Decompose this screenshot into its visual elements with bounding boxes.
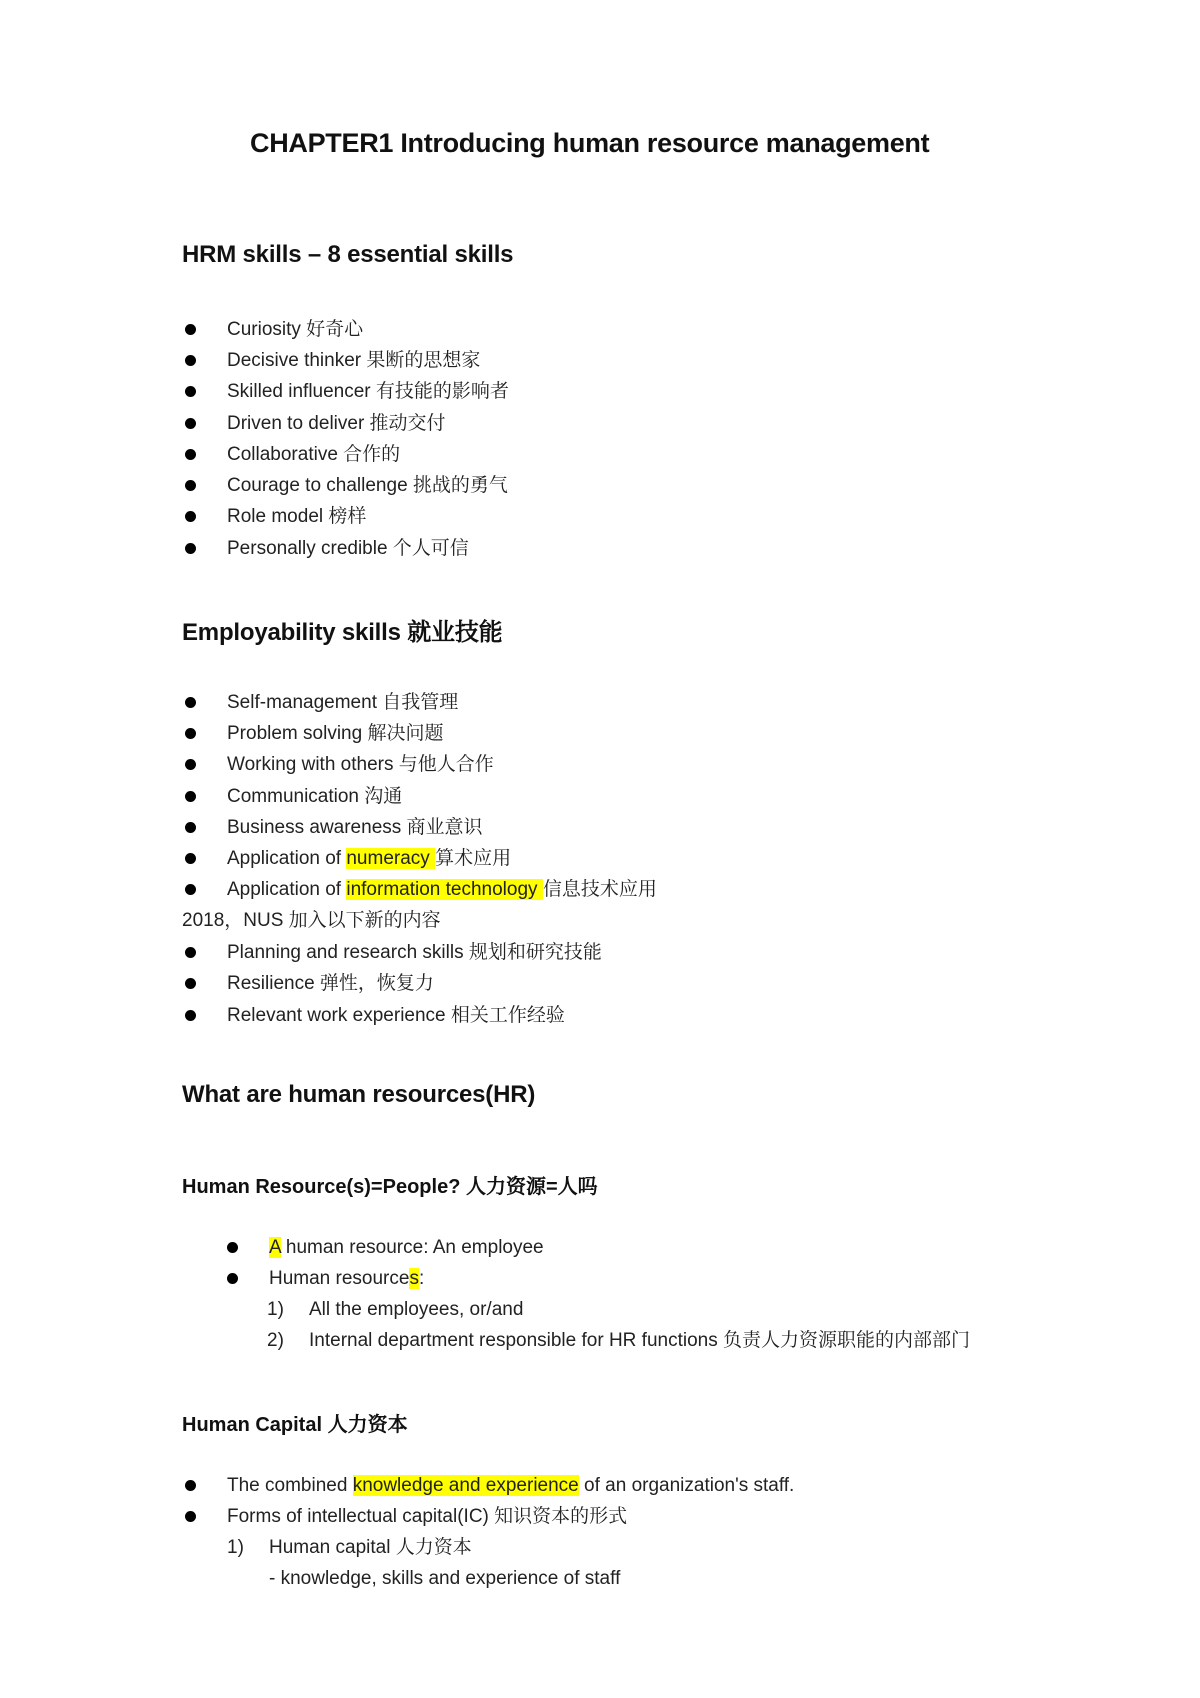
numbered-item-detail: - knowledge, skills and experience of st… bbox=[269, 1565, 620, 1593]
bullet-icon bbox=[227, 1242, 238, 1253]
bullet-icon bbox=[185, 418, 196, 429]
bullet-icon bbox=[185, 386, 196, 397]
subheading-human-resources-people: Human Resource(s)=People? 人力资源=人吗 bbox=[182, 1170, 598, 1199]
bullet-icon bbox=[185, 947, 196, 958]
bullet-icon bbox=[185, 449, 196, 460]
bullet-icon bbox=[185, 853, 196, 864]
bullet-icon bbox=[185, 822, 196, 833]
section-heading-what-are-hr: What are human resources(HR) bbox=[182, 1081, 535, 1109]
bullet-icon bbox=[185, 324, 196, 335]
bullet-icon bbox=[185, 1010, 196, 1021]
numbered-item: 2)Internal department responsible for HR… bbox=[267, 1327, 284, 1355]
numbered-item: 1)Human capital 人力资本 bbox=[227, 1534, 244, 1562]
list-item-information-technology: Application of information technology 信息… bbox=[182, 876, 657, 904]
list-item: Relevant work experience 相关工作经验 bbox=[182, 1002, 565, 1030]
bullet-icon bbox=[227, 1273, 238, 1284]
list-item: Driven to deliver 推动交付 bbox=[182, 410, 446, 438]
highlighted-text: s bbox=[409, 1268, 419, 1289]
bullet-icon bbox=[185, 728, 196, 739]
list-item: Resilience 弹性，恢复力 bbox=[182, 970, 434, 998]
section-heading-employability: Employability skills 就业技能 bbox=[182, 612, 502, 647]
bullet-icon bbox=[185, 884, 196, 895]
list-item: Working with others 与他人合作 bbox=[182, 751, 494, 779]
highlighted-text: numeracy bbox=[346, 848, 435, 869]
highlighted-text: information technology bbox=[346, 879, 542, 900]
bullet-icon bbox=[185, 978, 196, 989]
list-item: Planning and research skills 规划和研究技能 bbox=[182, 939, 602, 967]
list-item: Collaborative 合作的 bbox=[182, 441, 400, 469]
bullet-icon bbox=[185, 543, 196, 554]
list-item: A human resource: An employee bbox=[224, 1234, 544, 1262]
subheading-human-capital: Human Capital 人力资本 bbox=[182, 1408, 408, 1437]
list-item: Curiosity 好奇心 bbox=[182, 316, 363, 344]
nus-2018-note: 2018，NUS 加入以下新的内容 bbox=[182, 907, 441, 935]
list-item-numeracy: Application of numeracy 算术应用 bbox=[182, 845, 511, 873]
page-title: CHAPTER1 Introducing human resource mana… bbox=[250, 128, 929, 159]
list-item: Role model 榜样 bbox=[182, 503, 366, 531]
list-item: Self-management 自我管理 bbox=[182, 689, 458, 717]
list-item: Courage to challenge 挑战的勇气 bbox=[182, 472, 508, 500]
list-item: Problem solving 解决问题 bbox=[182, 720, 443, 748]
list-item: Business awareness 商业意识 bbox=[182, 814, 483, 842]
bullet-icon bbox=[185, 791, 196, 802]
bullet-icon bbox=[185, 480, 196, 491]
list-item: Forms of intellectual capital(IC) 知识资本的形… bbox=[182, 1503, 627, 1531]
bullet-icon bbox=[185, 355, 196, 366]
bullet-icon bbox=[185, 511, 196, 522]
section-heading-hrm-skills: HRM skills – 8 essential skills bbox=[182, 241, 513, 269]
list-item: Communication 沟通 bbox=[182, 783, 402, 811]
highlighted-text: A bbox=[269, 1237, 281, 1258]
list-item: Personally credible 个人可信 bbox=[182, 535, 469, 563]
bullet-icon bbox=[185, 697, 196, 708]
numbered-item: 1)All the employees, or/and bbox=[267, 1296, 284, 1324]
list-item: The combined knowledge and experience of… bbox=[182, 1472, 794, 1500]
list-item: Decisive thinker 果断的思想家 bbox=[182, 347, 480, 375]
list-item: Human resources: bbox=[224, 1265, 424, 1293]
bullet-icon bbox=[185, 759, 196, 770]
bullet-icon bbox=[185, 1511, 196, 1522]
bullet-icon bbox=[185, 1480, 196, 1491]
list-item: Skilled influencer 有技能的影响者 bbox=[182, 378, 509, 406]
highlighted-text: knowledge and experience bbox=[353, 1475, 579, 1496]
